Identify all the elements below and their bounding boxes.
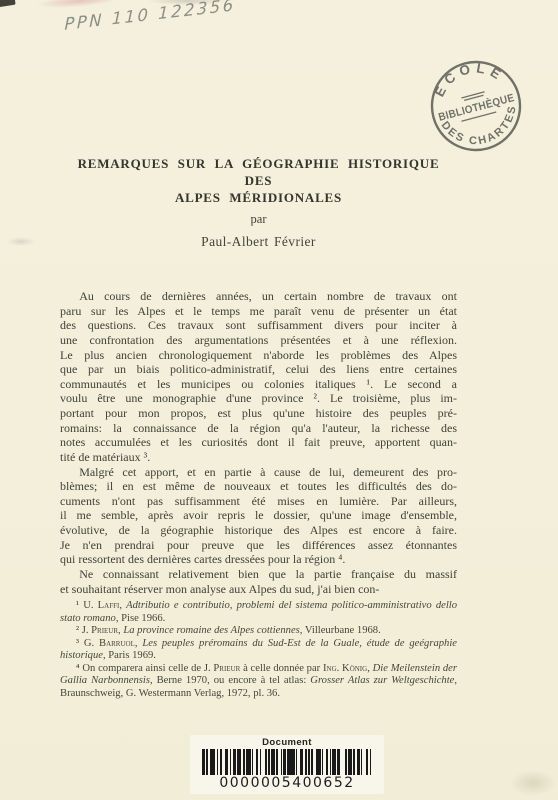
bottom-right-smudge — [510, 770, 556, 796]
footnote-text-segment: Grosser Atlas zur Weltgeschichte — [310, 675, 454, 686]
footnote-text-segment: ⁴ On comparera ainsi celle de J. — [76, 663, 214, 674]
footnote-text-segment: ³ G. — [76, 638, 99, 649]
body-line: portant pour mon propos, est plus qu'une… — [60, 406, 457, 421]
barcode-label-block: Document 0000005400652 — [190, 735, 384, 794]
scan-corner-artifact — [0, 0, 16, 7]
paragraph: Au cours de dernières années, un certain… — [60, 289, 457, 465]
footnote-text-segment: Laffi — [98, 600, 120, 611]
footnote-text-segment: ¹ U. — [76, 600, 98, 611]
footnote-item: ⁴ On comparera ainsi celle de J. Prieur … — [60, 663, 457, 701]
footnote-item: ³ G. Barruol, Les peuples préromains du … — [60, 638, 457, 663]
barcode-gap — [371, 749, 372, 775]
body-line: il me semble, après avoir repris le doss… — [60, 508, 457, 523]
body-line: et souhaitant réserver mon analyse aux A… — [60, 582, 457, 597]
stamp-rule-top — [461, 92, 484, 98]
footnote-text-segment: , Berne 1970, ou encore à tel atlas: — [150, 675, 310, 686]
author-name: Paul-Albert Février — [60, 234, 457, 250]
title-line-1: REMARQUES SUR LA GÉOGRAPHIE HISTORIQUE D… — [60, 155, 457, 189]
footnote-text-segment: Prieur — [213, 663, 240, 674]
scanned-document-page: PPN 110 122356 ECOLE BIBLIOTHÈQUE DES CH… — [0, 0, 558, 800]
body-line: voulu être une monographie d'une provinc… — [60, 391, 457, 406]
body-line: qui ressortent des dernières cartes dres… — [60, 552, 457, 567]
article-body: Au cours de dernières années, un certain… — [60, 289, 457, 596]
byline-par: par — [60, 212, 457, 227]
footnote-item: ² J. Prieur, La province romaine des Alp… — [60, 625, 457, 638]
body-line: communautés et les municipes ou colonies… — [60, 377, 457, 392]
body-line: Malgré cet apport, et en partie à cause … — [60, 465, 457, 480]
body-line: évolutive, de la géographie historique d… — [60, 523, 457, 538]
footnote-text-segment: La province romaine des Alpes cottiennes — [123, 625, 299, 636]
body-line: Ne connaissant relativement bien que la … — [60, 567, 457, 582]
barcode-label-text: Document — [194, 737, 380, 748]
body-line: romains: la connaissance de la région qu… — [60, 421, 457, 436]
body-line: notes accumulées et les curiosités dont … — [60, 435, 457, 450]
body-line: que par un biais politico-administratif,… — [60, 362, 457, 377]
footnote-text-segment: à celle donnée par — [240, 663, 323, 674]
body-line: tité de matériaux ³. — [60, 450, 457, 465]
footnote-text-segment: Prieur — [91, 625, 118, 636]
footnote-text-segment: Ing. König — [323, 663, 367, 674]
footnote-text-segment: , Paris 1969. — [103, 650, 156, 661]
footnote-text-segment: ² J. — [76, 625, 91, 636]
paragraph: Malgré cet apport, et en partie à cause … — [60, 465, 457, 567]
article-title: REMARQUES SUR LA GÉOGRAPHIE HISTORIQUE D… — [60, 155, 457, 206]
barcode-icon — [194, 749, 380, 775]
footnote-text-segment: Barruol — [99, 638, 135, 649]
footnote-text-segment: , Pise 1966. — [116, 613, 165, 624]
body-line: cuments n'ont pas suffisamment été mises… — [60, 494, 457, 509]
body-line: blèmes; il en est même de nouveaux et to… — [60, 479, 457, 494]
left-margin-smudge — [7, 237, 35, 246]
body-line: paru sur les Alpes et le temps me paraît… — [60, 304, 457, 319]
stamp-text-ecole: ECOLE — [426, 52, 510, 102]
footnote-item: ¹ U. Laffi, Adtributio e contributio, pr… — [60, 600, 457, 625]
title-line-2: ALPES MÉRIDIONALES — [60, 189, 457, 206]
body-line: Le plus ancien chronologiquement n'abord… — [60, 348, 457, 363]
body-line: une confrontation des argumentations pré… — [60, 333, 457, 348]
body-line: Je n'en prendrai pour preuve que les dif… — [60, 538, 457, 553]
barcode-number: 0000005400652 — [194, 775, 380, 791]
body-line: des questions. Ces travaux sont suffisam… — [60, 318, 457, 333]
footnotes-section: ¹ U. Laffi, Adtributio e contributio, pr… — [60, 600, 457, 700]
footnote-text-segment: , Villeurbane 1968. — [300, 625, 381, 636]
paragraph: Ne connaissant relativement bien que la … — [60, 567, 457, 596]
body-line: Au cours de dernières années, un certain… — [60, 289, 457, 304]
barcode-bar — [287, 749, 295, 775]
